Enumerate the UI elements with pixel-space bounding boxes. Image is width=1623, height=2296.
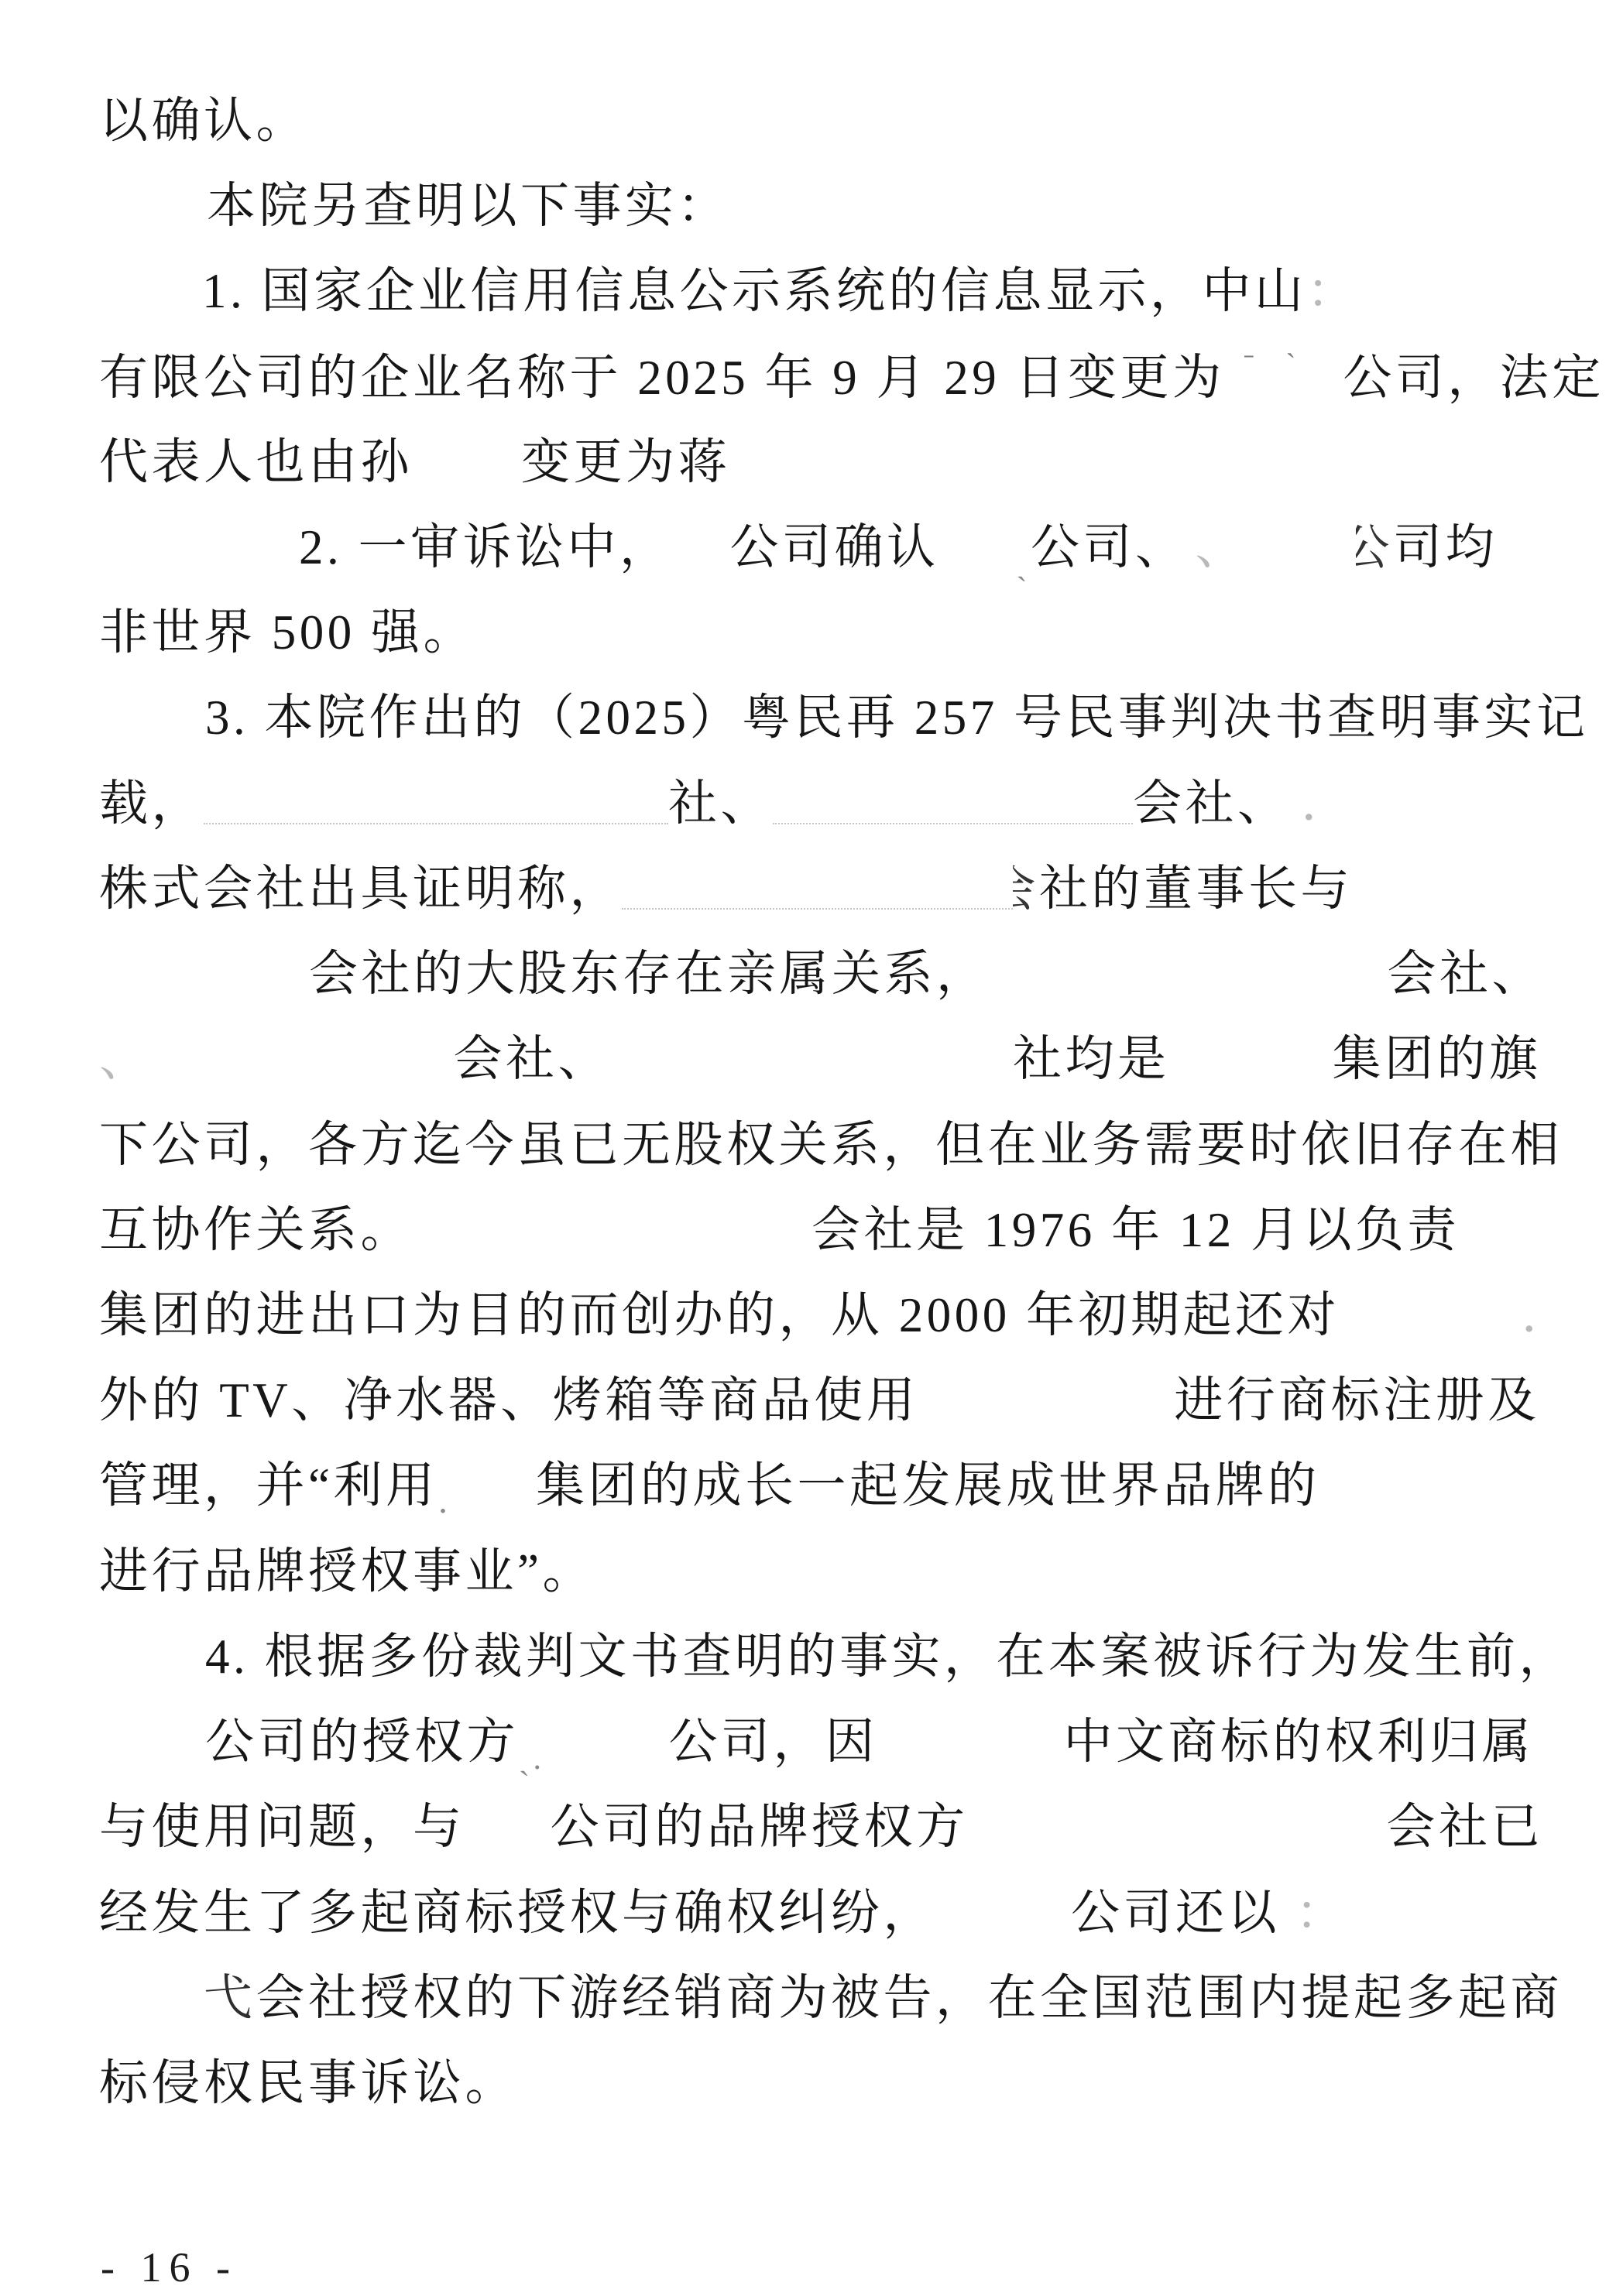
redaction-gap — [99, 218, 207, 222]
text-line: 管理，并“利用．集团的成长一起发展成世界品牌的 — [99, 1458, 1580, 1521]
redaction-remnant: ˏ — [1017, 546, 1031, 583]
text-run: 中文商标的权利归属 — [1064, 1715, 1535, 1769]
redaction-gap — [1340, 1327, 1522, 1331]
text-line: 2. 一审诉讼中，公司确认ˏ公司、、公司均 — [99, 519, 1580, 583]
text-run: 与使用问题，与 — [99, 1800, 465, 1854]
text-run: 公司、 — [1031, 520, 1188, 574]
redaction-gap — [622, 900, 1013, 910]
redaction-gap — [1225, 389, 1244, 394]
redaction-gap — [1290, 815, 1302, 820]
text-line: 4. 根据多份裁判文书查明的事实，在本案被诉行为发生前， — [99, 1629, 1580, 1684]
text-line: 标侵权民事诉讼。 — [99, 2055, 1580, 2111]
text-run: 互协作关系。 — [99, 1203, 413, 1257]
text-run: 公司的授权方 — [205, 1715, 519, 1769]
text-run: 外的 TV、净水器、烤箱等商品使用 — [99, 1373, 918, 1427]
text-run: 变更为蒋 — [521, 435, 730, 489]
redaction-gap — [918, 1412, 1174, 1417]
redaction-remnant: ˏ. — [519, 1740, 545, 1777]
redaction-gap — [1188, 559, 1196, 564]
text-run: 有限公司的企业名称于 2025 年 9 月 29 日变更为 — [99, 351, 1225, 405]
text-run: 会社、 — [454, 1032, 611, 1086]
redaction-remnant: ． — [1302, 776, 1354, 831]
text-line: 本院另查明以下事实： — [99, 178, 1580, 234]
redaction-gap — [610, 1071, 1013, 1075]
text-line: 外的 TV、净水器、烤箱等商品使用进行商标注册及 — [99, 1372, 1580, 1428]
text-run: 3. 本院作出的（2025）粤民再 257 号民事判决书查明事实记 — [205, 691, 1589, 745]
redaction-gap — [545, 1753, 669, 1758]
text-run: 进行品牌授权事业”。 — [99, 1544, 595, 1599]
text-line: 非世界 500 强。 — [99, 605, 1580, 660]
text-line: 进行品牌授权事业”。 — [99, 1544, 1580, 1599]
text-line: 下公司，各方迄今虽已无股权关系，但在业务需要时依旧存在相 — [99, 1117, 1580, 1173]
redaction-remnant: ： — [1307, 264, 1360, 318]
redaction-gap — [969, 1839, 1387, 1843]
text-line: 互协作关系。会社是 1976 年 12 月以负责 — [99, 1202, 1580, 1258]
text-run: 集团的进出口为目的而创办的，从 2000 年初期起还对 — [99, 1288, 1340, 1342]
text-run: 会社、 — [1133, 776, 1290, 831]
text-run: 经发生了多起商标授权与确权纠纷， — [99, 1886, 935, 1940]
text-run: 社的董事长与 — [1039, 862, 1353, 916]
text-run: 进行商标注册及 — [1174, 1373, 1540, 1427]
text-run: 4. 根据多份裁判文书查明的事实，在本案被诉行为发生前， — [205, 1629, 1571, 1684]
text-run: 1. 国家企业信用信息公示系统的信息显示，中山 — [202, 264, 1307, 318]
text-run: 公司，因 — [669, 1715, 878, 1769]
redaction-remnant: 弋 — [204, 1971, 256, 2025]
text-run: 公司还以 — [1071, 1886, 1280, 1940]
redaction-remnant: 、 — [99, 1032, 152, 1086]
text-line: 弋会社授权的下游经销商为被告，在全国范围内提起多起商 — [99, 1970, 1580, 2026]
text-run: 管理，并“利用 — [99, 1458, 437, 1513]
redaction-gap — [99, 2010, 204, 2014]
text-run: 会社已 — [1387, 1800, 1544, 1854]
redaction-gap — [773, 815, 1133, 824]
text-run: 下公司，各方迄今虽已无股权关系，但在业务需要时依旧存在相 — [99, 1118, 1563, 1172]
redaction-gap — [99, 303, 202, 307]
text-run: 会社是 1976 年 12 月以负责 — [811, 1203, 1460, 1257]
redaction-gap — [204, 815, 668, 824]
text-run: 社均是 — [1013, 1032, 1170, 1086]
redacted-partial-glyph: 会 — [1013, 863, 1039, 916]
text-run: 代表人也由孙 — [99, 435, 413, 489]
redaction-gap — [413, 1242, 811, 1246]
text-run: 社、 — [668, 776, 773, 831]
text-run: 集团的成长一起发展成世界品牌的 — [536, 1458, 1320, 1513]
redaction-remnant: ． — [1522, 1288, 1574, 1342]
redacted-partial-glyph: 公 — [1356, 522, 1393, 574]
redaction-gap — [1280, 1924, 1295, 1929]
text-line: 公司的授权方ˏ.公司，因中文商标的权利归属 — [99, 1714, 1580, 1777]
text-line: 株式会社出具证明称，会社的董事长与 — [99, 861, 1580, 917]
redaction-remnant: ． — [437, 1484, 474, 1521]
text-run: 集团的旗 — [1333, 1032, 1542, 1086]
redaction-gap — [465, 1839, 551, 1843]
text-run: 司均 — [1393, 520, 1498, 574]
redaction-gap — [935, 1924, 1071, 1929]
redaction-gap — [99, 1753, 205, 1758]
redaction-remnant: 、 — [1196, 520, 1248, 574]
text-run: 株式会社出具证明称， — [99, 862, 622, 916]
text-run: 非世界 500 强。 — [99, 605, 475, 660]
text-line: 集团的进出口为目的而创办的，从 2000 年初期起还对． — [99, 1287, 1580, 1343]
redaction-gap — [672, 559, 730, 564]
redaction-gap — [989, 985, 1388, 990]
text-line: 载，社、会社、． — [99, 776, 1580, 831]
text-run: 会社的大股东存在亲属关系， — [309, 947, 989, 1001]
text-run: 公司确认 — [730, 520, 939, 574]
text-run: 以确认。 — [99, 94, 308, 148]
redaction-gap — [99, 1668, 205, 1673]
redaction-remnant: ： — [1295, 1886, 1348, 1940]
redaction-gap — [878, 1753, 1064, 1758]
text-line: 经发生了多起商标授权与确权纠纷，公司还以： — [99, 1885, 1580, 1941]
text-run: 会社、 — [1388, 947, 1545, 1001]
text-run: 2. 一审诉讼中， — [299, 520, 672, 574]
redaction-gap — [1247, 559, 1356, 564]
text-line: 有限公司的企业名称于 2025 年 9 月 29 日变更为ˉ ˋ公司，法定 — [99, 348, 1580, 406]
redaction-gap — [1308, 389, 1343, 394]
page-number: - 16 - — [101, 2243, 238, 2291]
text-run: 本院另查明以下事实： — [207, 179, 729, 233]
redaction-gap — [152, 1071, 454, 1075]
text-line: 代表人也由孙变更为蒋 — [99, 434, 1580, 490]
text-line: 会社的大股东存在亲属关系，会社、 — [99, 946, 1580, 1002]
redaction-gap — [99, 729, 205, 734]
text-line: 3. 本院作出的（2025）粤民再 257 号民事判决书查明事实记 — [99, 690, 1580, 745]
text-run: 标侵权民事诉讼。 — [99, 2056, 517, 2110]
redaction-gap — [99, 985, 309, 990]
redaction-gap — [413, 474, 521, 478]
text-line: 与使用问题，与公司的品牌授权方会社已 — [99, 1799, 1580, 1855]
redaction-gap — [99, 559, 299, 564]
text-line: 、会社、社均是集团的旗 — [99, 1031, 1580, 1087]
text-run: 载， — [99, 776, 204, 831]
text-run: 会社授权的下游经销商为被告，在全国范围内提起多起商 — [256, 1971, 1563, 2025]
redaction-gap — [1170, 1071, 1333, 1075]
text-run: 公司，法定 — [1343, 351, 1604, 405]
document-page: - 16 - 以确认。本院另查明以下事实：1. 国家企业信用信息公示系统的信息显… — [0, 0, 1623, 2296]
text-line: 1. 国家企业信用信息公示系统的信息显示，中山： — [99, 263, 1580, 319]
redaction-gap — [474, 1497, 536, 1502]
text-line: 以确认。 — [99, 93, 1580, 149]
redaction-remnant: ˉ ˋ — [1244, 348, 1309, 382]
redaction-gap — [939, 559, 1017, 564]
text-run: 公司的品牌授权方 — [551, 1800, 969, 1854]
